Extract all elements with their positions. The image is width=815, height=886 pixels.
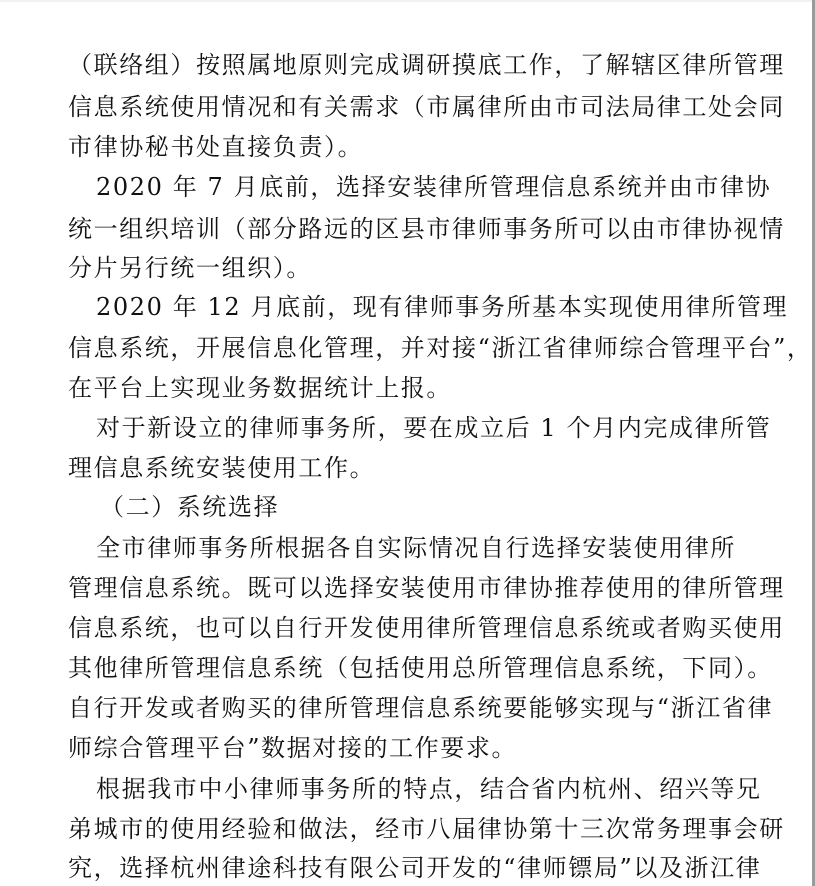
paragraph-line: 管理信息系统。既可以选择安装使用市律协推荐使用的律所管理 <box>68 573 718 603</box>
paragraph-line: 信息系统，开展信息化管理，并对接“浙江省律师综合管理平台”， <box>68 333 718 363</box>
paragraph-line: 2020 年 7 月底前，选择安装律所管理信息系统并由市律协 <box>96 172 746 202</box>
paragraph-line: 自行开发或者购买的律所管理信息系统要能够实现与“浙江省律 <box>68 693 718 723</box>
paragraph-line: 在平台上实现业务数据统计上报。 <box>68 373 718 403</box>
paragraph-line: 弟城市的使用经验和做法，经市八届律协第十三次常务理事会研 <box>68 814 718 844</box>
paragraph-line: 2020 年 12 月底前，现有律师事务所基本实现使用律所管理 <box>96 292 746 322</box>
paragraph-line: 信息系统使用情况和有关需求（市属律所由市司法局律工处会同 <box>68 92 718 122</box>
page-top-edge <box>0 0 812 2</box>
paragraph-line: 市律协秘书处直接负责）。 <box>68 132 718 162</box>
paragraph-line: 其他律所管理信息系统（包括使用总所管理信息系统，下同）。 <box>68 653 718 683</box>
paragraph-line: 分片另行统一组织）。 <box>68 253 718 283</box>
paragraph-line: 统一组织培训（部分路远的区县市律师事务所可以由市律协视情 <box>68 214 718 244</box>
paragraph-line: 理信息系统安装使用工作。 <box>68 453 718 483</box>
paragraph-line: 师综合管理平台”数据对接的工作要求。 <box>68 733 718 763</box>
paragraph-line: 信息系统，也可以自行开发使用律所管理信息系统或者购买使用 <box>68 613 718 643</box>
paragraph-line: （联络组）按照属地原则完成调研摸底工作，了解辖区律所管理 <box>68 50 718 80</box>
document-page: （联络组）按照属地原则完成调研摸底工作，了解辖区律所管理 信息系统使用情况和有关… <box>0 0 815 886</box>
paragraph-line: 根据我市中小律师事务所的特点，结合省内杭州、绍兴等兄 <box>96 774 746 804</box>
paragraph-line: 全市律师事务所根据各自实际情况自行选择安装使用律所 <box>96 533 746 563</box>
section-heading: （二）系统选择 <box>100 492 750 522</box>
paragraph-line: 究，选择杭州律途科技有限公司开发的“律师镖局”以及浙江律 <box>68 853 718 883</box>
paragraph-line: 对于新设立的律师事务所，要在成立后 1 个月内完成律所管 <box>96 413 746 443</box>
